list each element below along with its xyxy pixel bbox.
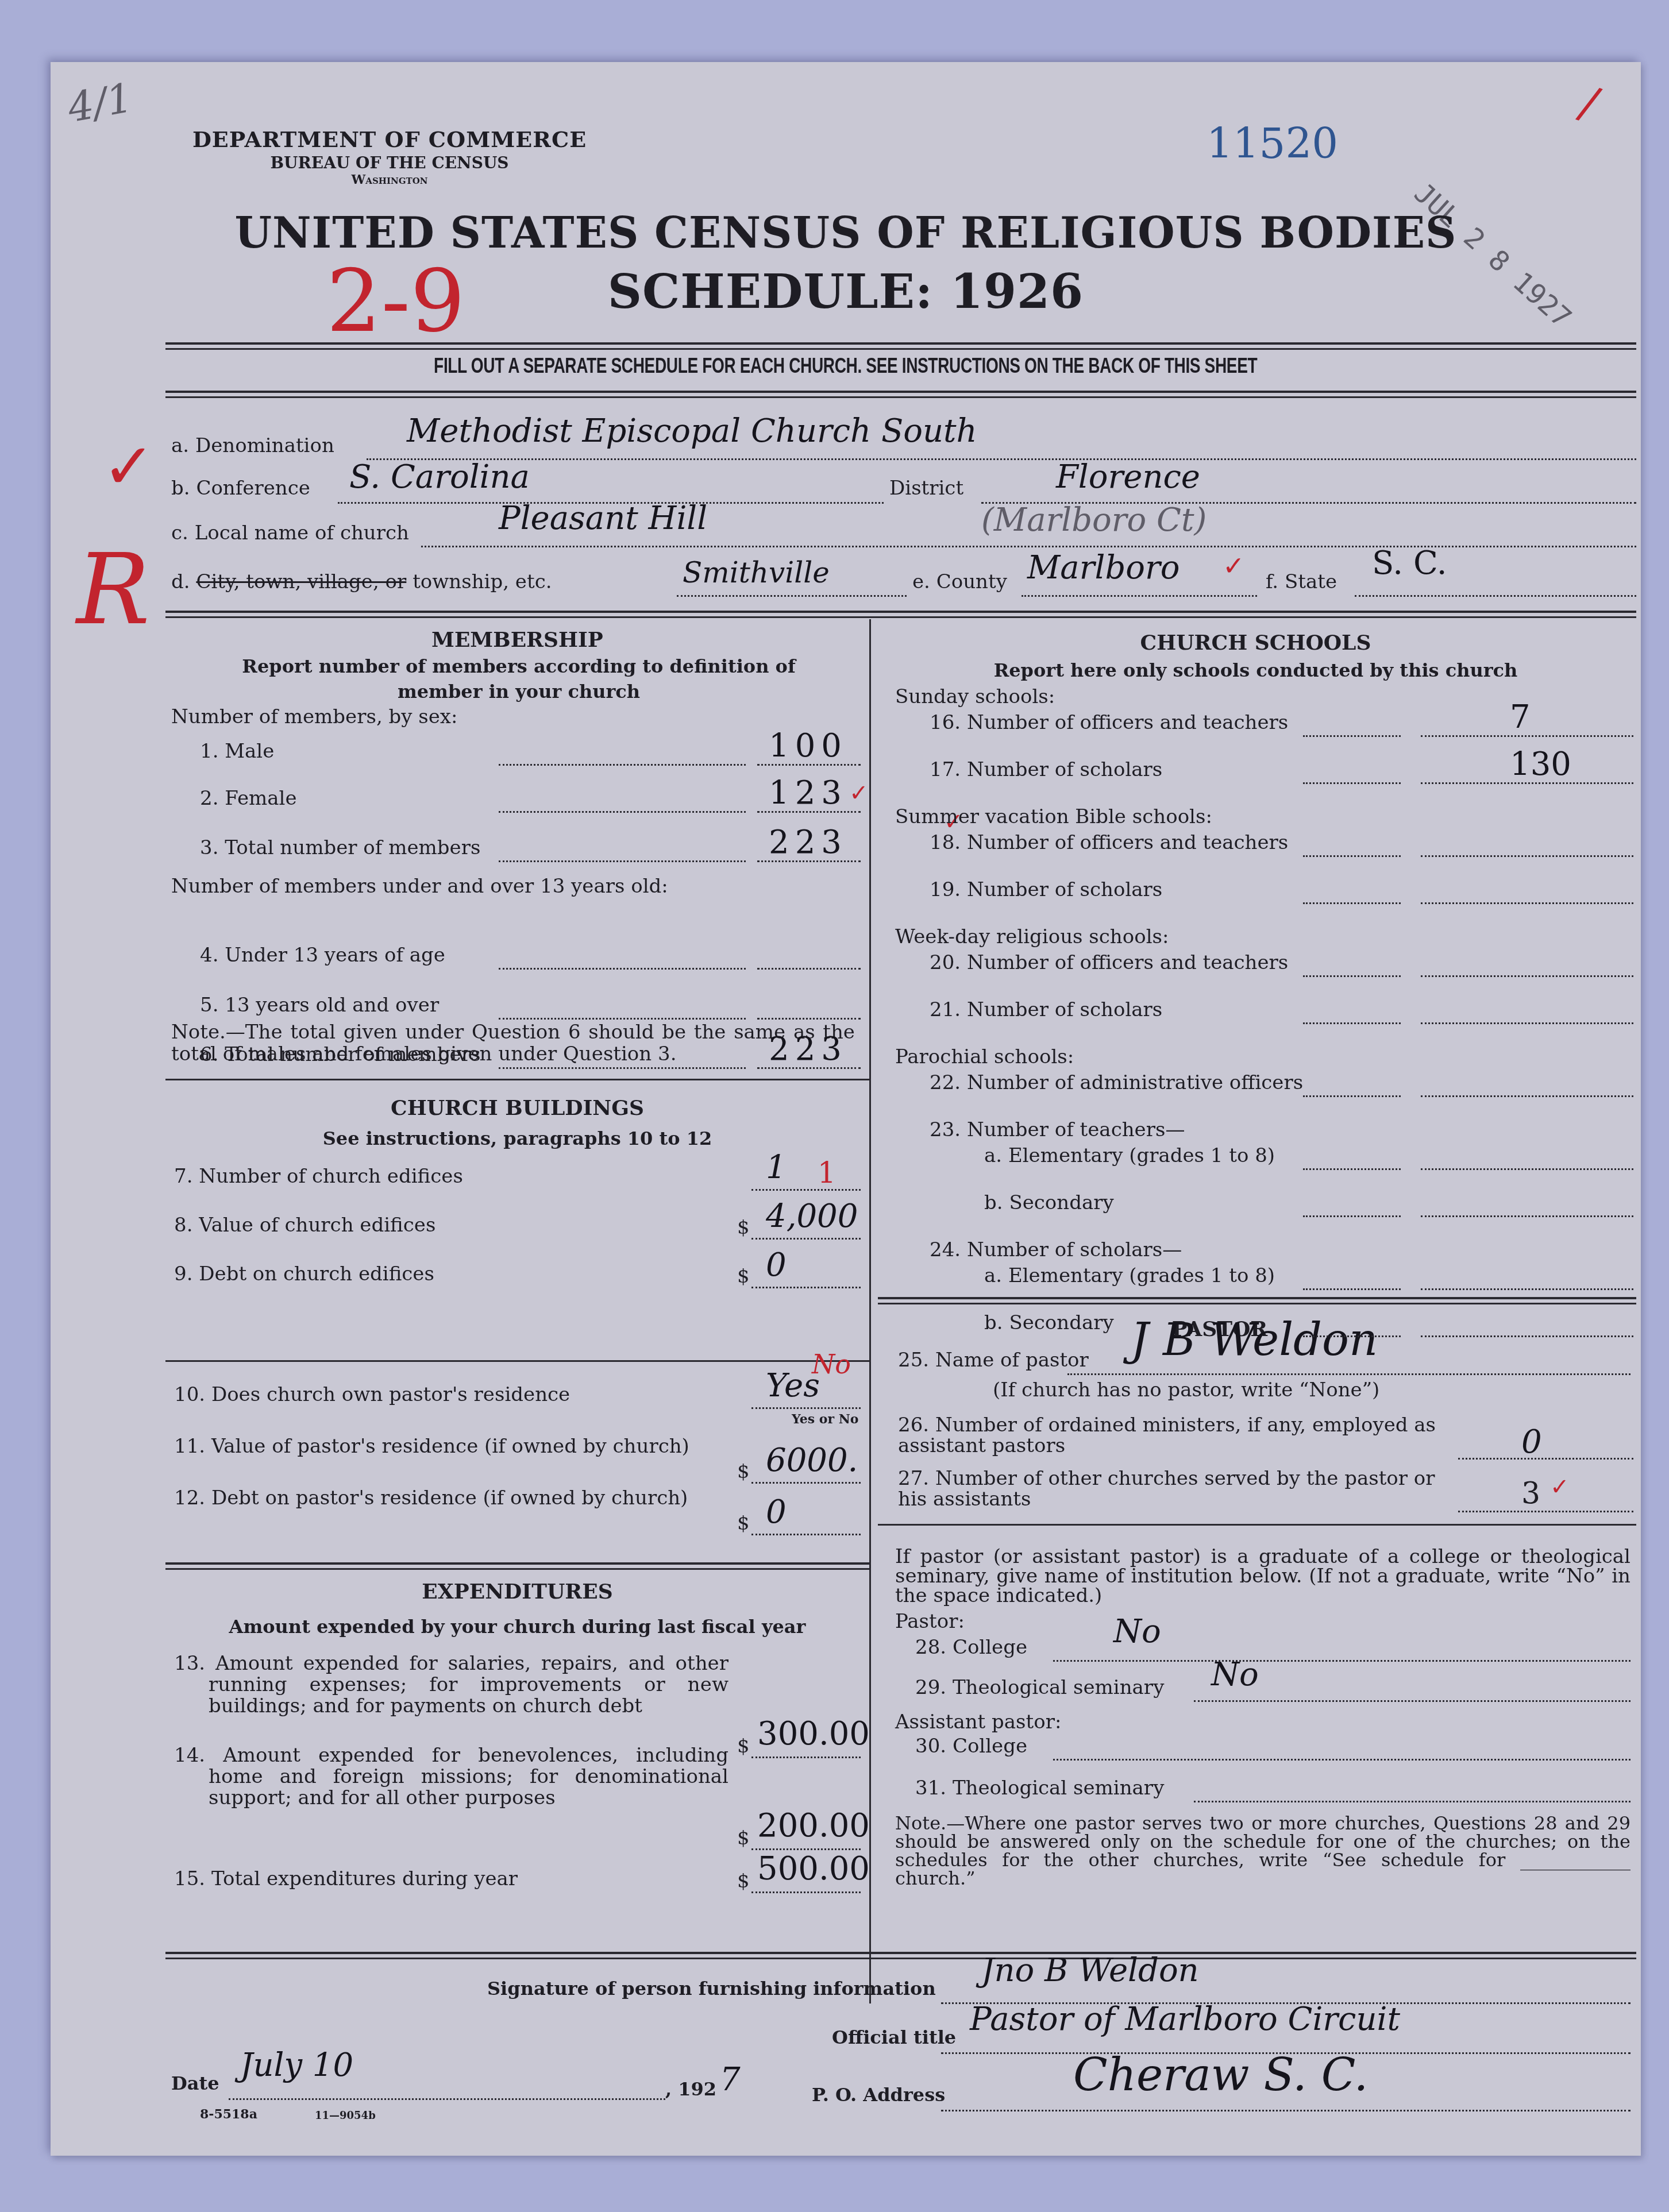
building-row-value[interactable]: 4,000 bbox=[766, 1198, 858, 1235]
q26-line bbox=[1458, 1458, 1633, 1460]
assistant-subhead: Assistant pastor: bbox=[895, 1711, 1061, 1734]
q31-line bbox=[1194, 1801, 1631, 1802]
department-name: DEPARTMENT OF COMMERCE bbox=[131, 126, 648, 152]
census-schedule-sheet: 4/1 / DEPARTMENT OF COMMERCE BUREAU OF T… bbox=[51, 62, 1641, 2156]
county-value[interactable]: Marlboro bbox=[1027, 549, 1180, 586]
corner-pencil-mark: 4/1 bbox=[64, 74, 136, 132]
membership-subtitle: Report number of members according to de… bbox=[200, 654, 838, 704]
official-title-value[interactable]: Pastor of Marlboro Circuit bbox=[970, 2001, 1400, 2038]
city-label-struck: City, town, village, or bbox=[196, 570, 406, 593]
local-name-line bbox=[421, 546, 1636, 547]
dollar-sign: $ bbox=[737, 1460, 750, 1483]
school-row-line bbox=[1421, 1022, 1633, 1024]
membership-row-leader bbox=[499, 1067, 746, 1069]
school-row-leader bbox=[1303, 1095, 1401, 1097]
conference-value[interactable]: S. Carolina bbox=[349, 458, 530, 496]
divider bbox=[165, 1079, 869, 1080]
pastor-subhead: Pastor: bbox=[895, 1610, 965, 1633]
membership-row-leader bbox=[499, 1018, 746, 1020]
expenditures-subtitle: Amount expended by your church during la… bbox=[165, 1616, 869, 1638]
membership-row-value[interactable]: 100 bbox=[769, 727, 847, 765]
membership-row-label: 2. Female bbox=[200, 787, 297, 810]
po-address-line bbox=[941, 2110, 1631, 2111]
schools-subtitle: Report here only schools conducted by th… bbox=[875, 659, 1636, 681]
denomination-label: a. Denomination bbox=[171, 434, 334, 457]
schools-title: CHURCH SCHOOLS bbox=[875, 631, 1636, 655]
year-prefix: , 192 bbox=[665, 2078, 716, 2100]
school-row-leader bbox=[1303, 1168, 1401, 1170]
building-row-line bbox=[751, 1287, 861, 1288]
dollar-sign: $ bbox=[737, 1870, 750, 1893]
school-row-label: 20. Number of officers and teachers bbox=[930, 951, 1288, 974]
divider bbox=[878, 1524, 1636, 1526]
city-label-prefix: d. bbox=[171, 570, 190, 593]
school-row-line bbox=[1421, 1215, 1633, 1217]
membership-row-value[interactable]: 223 bbox=[769, 1030, 847, 1068]
q28-line bbox=[1053, 1660, 1631, 1662]
school-row-leader bbox=[1303, 1022, 1401, 1024]
county-line bbox=[1022, 595, 1257, 597]
date-label: Date bbox=[171, 2072, 219, 2094]
city-name: Washington bbox=[131, 172, 648, 187]
building-row-label: 8. Value of church edifices bbox=[174, 1214, 435, 1237]
city-value[interactable]: Smithville bbox=[683, 556, 830, 589]
membership-row-leader bbox=[499, 968, 746, 970]
building-row-line bbox=[751, 1482, 861, 1484]
membership-row-line bbox=[757, 968, 861, 970]
membership-row-line bbox=[757, 1018, 861, 1020]
building-row-line bbox=[751, 1534, 861, 1535]
red-r-mark: R bbox=[76, 533, 150, 647]
expenditure-row-value[interactable]: 200.00 bbox=[757, 1807, 870, 1844]
state-label: f. State bbox=[1266, 570, 1337, 593]
city-line bbox=[677, 595, 907, 597]
schedule-year: SCHEDULE: 1926 bbox=[51, 264, 1641, 319]
building-row-annotation: 1 bbox=[818, 1156, 836, 1190]
school-row-label: b. Secondary bbox=[984, 1191, 1114, 1214]
department-header: DEPARTMENT OF COMMERCE BUREAU OF THE CEN… bbox=[131, 126, 648, 187]
building-row-value[interactable]: 0 bbox=[766, 1493, 787, 1531]
school-row-label: 18. Number of officers and teachers bbox=[930, 831, 1288, 854]
building-row-label: 10. Does church own pastor's residence bbox=[174, 1383, 570, 1406]
po-address-label: P. O. Address bbox=[812, 2084, 945, 2106]
bureau-name: BUREAU OF THE CENSUS bbox=[131, 153, 648, 172]
q27-value[interactable]: 3 bbox=[1521, 1476, 1540, 1511]
membership-row-label: 3. Total number of members bbox=[200, 836, 480, 859]
membership-row-label: 6. Total number of members bbox=[200, 1043, 480, 1066]
divider bbox=[165, 1952, 1636, 1954]
membership-row-value[interactable]: 123 bbox=[769, 774, 847, 812]
membership-row-label: 4. Under 13 years of age bbox=[200, 944, 445, 967]
column-divider bbox=[869, 619, 871, 2003]
state-line bbox=[1355, 595, 1636, 597]
school-row-label: 21. Number of scholars bbox=[930, 998, 1162, 1021]
school-row-line bbox=[1421, 1168, 1633, 1170]
building-row-correction: No bbox=[812, 1349, 851, 1380]
membership-row-label: 5. 13 years old and over bbox=[200, 994, 439, 1017]
school-row-label: 19. Number of scholars bbox=[930, 878, 1162, 901]
red-tick-mark: / bbox=[1573, 75, 1606, 131]
school-row-line bbox=[1421, 902, 1633, 904]
q28-label: 28. College bbox=[915, 1636, 1027, 1659]
building-row-value[interactable]: 1 bbox=[766, 1149, 787, 1186]
pastor-name-value[interactable]: J B Weldon bbox=[1131, 1314, 1378, 1366]
city-label: d. City, town, village, or township, etc… bbox=[171, 570, 552, 593]
district-value[interactable]: Florence bbox=[1056, 458, 1200, 496]
expenditure-row-label: 13. Amount expended for salaries, repair… bbox=[174, 1653, 728, 1717]
q26-label: 26. Number of ordained ministers, if any… bbox=[898, 1415, 1438, 1456]
school-group-label: Week-day religious schools: bbox=[895, 925, 1169, 948]
school-group-label: Parochial schools: bbox=[895, 1045, 1074, 1068]
school-row-leader bbox=[1303, 782, 1401, 784]
dollar-sign: $ bbox=[737, 1265, 750, 1288]
pastor-name-hint: (If church has no pastor, write “None”) bbox=[993, 1379, 1379, 1402]
expenditure-row-line bbox=[751, 1891, 861, 1893]
membership-row-leader bbox=[499, 811, 746, 813]
school-row-leader bbox=[1303, 975, 1401, 977]
building-row-value[interactable]: 6000. bbox=[766, 1442, 858, 1479]
building-row-line bbox=[751, 1238, 861, 1240]
dollar-sign: $ bbox=[737, 1827, 750, 1850]
q29-line bbox=[1194, 1700, 1631, 1702]
q28-value[interactable]: No bbox=[1113, 1613, 1161, 1650]
q30-line bbox=[1053, 1759, 1631, 1761]
membership-row-leader bbox=[499, 764, 746, 766]
building-row-line bbox=[751, 1189, 861, 1191]
divider bbox=[165, 1360, 869, 1362]
q26-value[interactable]: 0 bbox=[1521, 1423, 1542, 1461]
local-name-value[interactable]: Pleasant Hill bbox=[499, 500, 707, 537]
buildings-title: CHURCH BUILDINGS bbox=[165, 1096, 869, 1120]
dollar-sign: $ bbox=[737, 1216, 750, 1239]
school-row-label: a. Elementary (grades 1 to 8) bbox=[984, 1144, 1275, 1167]
date-line bbox=[229, 2098, 665, 2100]
official-title-label: Official title bbox=[832, 2026, 956, 2048]
school-row-leader bbox=[1303, 1335, 1401, 1337]
by-sex-label: Number of members, by sex: bbox=[171, 705, 457, 728]
divider bbox=[165, 342, 1636, 345]
school-row-label: a. Elementary (grades 1 to 8) bbox=[984, 1264, 1275, 1287]
school-row-label: b. Secondary bbox=[984, 1311, 1114, 1334]
q27-label: 27. Number of other churches served by t… bbox=[898, 1468, 1438, 1510]
expenditure-row-value[interactable]: 300.00 bbox=[757, 1715, 870, 1752]
school-row-label: 22. Number of administrative officers bbox=[930, 1071, 1303, 1094]
age-label: Number of members under and over 13 year… bbox=[171, 875, 668, 898]
state-value[interactable]: S. C. bbox=[1372, 545, 1447, 582]
q27-line bbox=[1458, 1511, 1633, 1512]
school-row-leader bbox=[1303, 902, 1401, 904]
form-title: UNITED STATES CENSUS OF RELIGIOUS BODIES bbox=[51, 209, 1641, 258]
membership-row-value[interactable]: 223 bbox=[769, 824, 847, 861]
local-name-note: (Marlboro Ct) bbox=[981, 501, 1207, 539]
divider bbox=[165, 611, 1636, 613]
school-row-leader bbox=[1303, 735, 1401, 737]
red-check-mark: ✓ bbox=[102, 430, 155, 503]
building-row-hint: Yes or No bbox=[792, 1412, 859, 1427]
school-row-leader bbox=[1303, 855, 1401, 857]
year-value[interactable]: 7 bbox=[720, 2061, 741, 2098]
q29-value[interactable]: No bbox=[1211, 1656, 1259, 1693]
school-row-line bbox=[1421, 975, 1633, 977]
q31-label: 31. Theological seminary bbox=[915, 1777, 1164, 1800]
q30-label: 30. College bbox=[915, 1735, 1027, 1758]
building-row-label: 7. Number of church edifices bbox=[174, 1165, 463, 1188]
building-row-label: 12. Debt on pastor's residence (if owned… bbox=[174, 1487, 691, 1510]
school-row-label: 24. Number of scholars— bbox=[930, 1238, 1182, 1261]
school-row-line bbox=[1421, 1335, 1633, 1337]
building-row-value[interactable]: 0 bbox=[766, 1246, 787, 1284]
building-row-label: 9. Debt on church edifices bbox=[174, 1263, 434, 1285]
membership-title: MEMBERSHIP bbox=[165, 628, 869, 652]
q29-label: 29. Theological seminary bbox=[915, 1676, 1164, 1699]
date-value[interactable]: July 10 bbox=[240, 2047, 353, 2084]
school-row-value[interactable]: 7 bbox=[1510, 698, 1531, 736]
graduate-note: If pastor (or assistant pastor) is a gra… bbox=[895, 1547, 1631, 1605]
local-name-label: c. Local name of church bbox=[171, 522, 409, 545]
expenditure-row-line bbox=[751, 1757, 861, 1758]
pastor-note: Note.—Where one pastor serves two or mor… bbox=[895, 1814, 1631, 1887]
dollar-sign: $ bbox=[737, 1735, 750, 1758]
buildings-subtitle: See instructions, paragraphs 10 to 12 bbox=[165, 1128, 869, 1149]
membership-row-label: 1. Male bbox=[200, 740, 274, 763]
serial-number-stamp: 11520 bbox=[1207, 119, 1338, 168]
city-label-rest: township, etc. bbox=[406, 570, 552, 593]
school-row-line bbox=[1421, 855, 1633, 857]
po-address-value[interactable]: Cheraw S. C. bbox=[1073, 2049, 1368, 2101]
denomination-value[interactable]: Methodist Episcopal Church South bbox=[407, 412, 977, 450]
signature-label: Signature of person furnishing informati… bbox=[487, 1978, 936, 1999]
divider bbox=[165, 391, 1636, 393]
expenditures-title: EXPENDITURES bbox=[165, 1580, 869, 1604]
expenditure-row-value[interactable]: 500.00 bbox=[757, 1850, 870, 1887]
red-code-mark: 2-9 bbox=[326, 252, 465, 352]
school-row-label: 16. Number of officers and teachers bbox=[930, 711, 1288, 734]
school-row-leader bbox=[1303, 1215, 1401, 1217]
denomination-line bbox=[367, 458, 1636, 460]
school-row-leader bbox=[1303, 1288, 1401, 1290]
dollar-sign: $ bbox=[737, 1512, 750, 1535]
instruction-banner: FILL OUT A SEPARATE SCHEDULE FOR EACH CH… bbox=[434, 354, 1257, 378]
school-group-label: Summer vacation Bible schools: bbox=[895, 805, 1212, 828]
county-label: e. County bbox=[912, 570, 1007, 593]
expenditure-row-label: 14. Amount expended for benevolences, in… bbox=[174, 1745, 728, 1809]
signature-value[interactable]: Jno B Weldon bbox=[981, 1952, 1199, 1989]
membership-row-leader bbox=[499, 860, 746, 862]
pastor-name-label: 25. Name of pastor bbox=[898, 1349, 1089, 1372]
building-row-label: 11. Value of pastor's residence (if owne… bbox=[174, 1435, 691, 1458]
school-row-label: 23. Number of teachers— bbox=[930, 1118, 1185, 1141]
divider bbox=[165, 1562, 869, 1565]
q27-check: ✓ bbox=[1550, 1474, 1570, 1500]
district-label: District bbox=[889, 477, 963, 500]
school-group-label: Sunday schools: bbox=[895, 685, 1055, 708]
conference-label: b. Conference bbox=[171, 477, 310, 500]
county-check: ✓ bbox=[1223, 550, 1245, 581]
school-row-label: 17. Number of scholars bbox=[930, 758, 1162, 781]
building-row-line bbox=[751, 1407, 861, 1409]
pastor-name-line bbox=[1067, 1373, 1631, 1375]
school-row-value[interactable]: 130 bbox=[1510, 746, 1571, 783]
school-row-line bbox=[1421, 1095, 1633, 1097]
divider bbox=[878, 1297, 1636, 1299]
print-code: 11—9054b bbox=[315, 2110, 376, 2122]
membership-check: ✓ bbox=[849, 780, 869, 806]
school-row-line bbox=[1421, 1288, 1633, 1290]
form-code: 8-5518a bbox=[200, 2107, 257, 2122]
expenditure-row-label: 15. Total expenditures during year bbox=[174, 1869, 728, 1890]
